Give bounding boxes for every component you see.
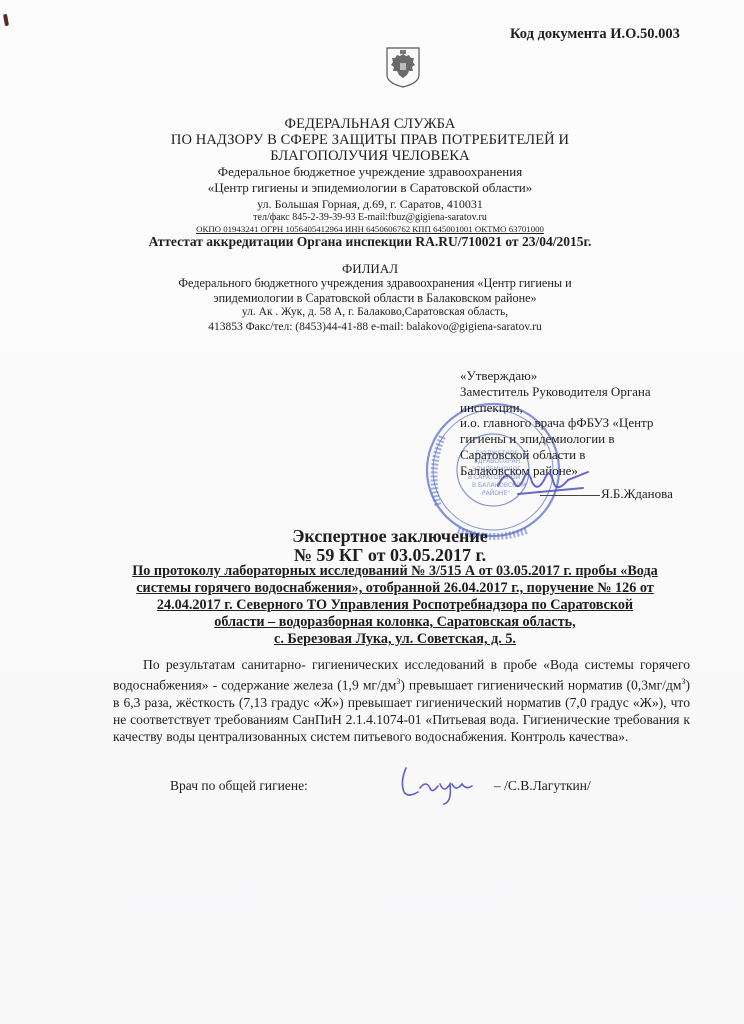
institution-line-1: Федеральное бюджетное учреждение здравоо…	[120, 164, 620, 180]
approval-line-1: Заместитель Руководителя Органа	[460, 384, 700, 400]
branch-line-1: Федерального бюджетного учреждения здрав…	[140, 276, 610, 291]
institution-requisites: ОКПО 01943241 ОГРН 1056405412964 ИНН 645…	[120, 224, 620, 234]
branch-details: Федерального бюджетного учреждения здрав…	[140, 276, 610, 334]
approver-signature-icon	[488, 458, 598, 508]
subject-line-4: области – водоразборная колонка, Саратов…	[130, 614, 660, 631]
document-number: № 59 КГ от 03.05.2017 г.	[140, 545, 640, 565]
subject-line-3: 24.04.2017 г. Северного ТО Управления Ро…	[130, 597, 660, 614]
subject-line-2: системы горячего водоснабжения», отобран…	[130, 580, 660, 597]
subject-line-5: с. Березовая Лука, ул. Советская, д. 5.	[130, 631, 660, 648]
conclusion-part-2: ) превышает гигиенический норматив (0,3м…	[400, 678, 681, 693]
institution-address: ул. Большая Горная, д.69, г. Саратов, 41…	[120, 196, 620, 212]
doctor-name: – /С.В.Лагуткин/	[494, 778, 591, 794]
document-code: Код документа И.О.50.003	[510, 26, 730, 43]
institution-contacts: тел/факс 845-2-39-39-93 E-mail:fbuz@gigi…	[120, 212, 620, 224]
scan-mark	[3, 14, 9, 27]
document-page: Код документа И.О.50.003 ФЕДЕРАЛЬНАЯ СЛУ…	[0, 0, 744, 1024]
branch-contacts: 413853 Факс/тел: (8453)44-41-88 e-mail: …	[140, 320, 610, 335]
agency-header: ФЕДЕРАЛЬНАЯ СЛУЖБА ПО НАДЗОРУ В СФЕРЕ ЗА…	[120, 116, 620, 164]
document-subject: По протоколу лабораторных исследований №…	[130, 563, 660, 648]
subject-line-1: По протоколу лабораторных исследований №…	[130, 563, 660, 580]
document-title: Экспертное заключение	[140, 526, 640, 546]
branch-address: ул. Ак . Жук, д. 58 А, г. Балаково,Сарат…	[140, 305, 610, 320]
approval-label: «Утверждаю»	[460, 368, 700, 384]
institution-line-2: «Центр гигиены и эпидемиологии в Саратов…	[120, 180, 620, 196]
approval-line-3: и.о. главного врача фФБУЗ «Центр	[460, 415, 700, 431]
agency-line-3: БЛАГОПОЛУЧИЯ ЧЕЛОВЕКА	[120, 148, 620, 164]
agency-line-2: ПО НАДЗОРУ В СФЕРЕ ЗАЩИТЫ ПРАВ ПОТРЕБИТЕ…	[120, 132, 620, 148]
approval-line-4: гигиены и эпидемиологии в	[460, 431, 700, 447]
approval-line-2: инспекции,	[460, 400, 700, 416]
doctor-role: Врач по общей гигиене:	[170, 778, 308, 794]
agency-line-1: ФЕДЕРАЛЬНАЯ СЛУЖБА	[120, 116, 620, 132]
branch-title: ФИЛИАЛ	[120, 261, 620, 276]
institution-header: Федеральное бюджетное учреждение здравоо…	[120, 164, 620, 212]
approver-name: Я.Б.Жданова	[601, 486, 673, 502]
russian-coat-of-arms-icon	[384, 45, 422, 89]
branch-line-2: эпидемиологии в Саратовской области в Ба…	[140, 291, 610, 306]
accreditation-line: Аттестат аккредитации Органа инспекции R…	[120, 234, 620, 250]
doctor-signature-icon	[394, 762, 494, 806]
conclusion-paragraph: По результатам санитарно- гигиенических …	[113, 656, 690, 746]
